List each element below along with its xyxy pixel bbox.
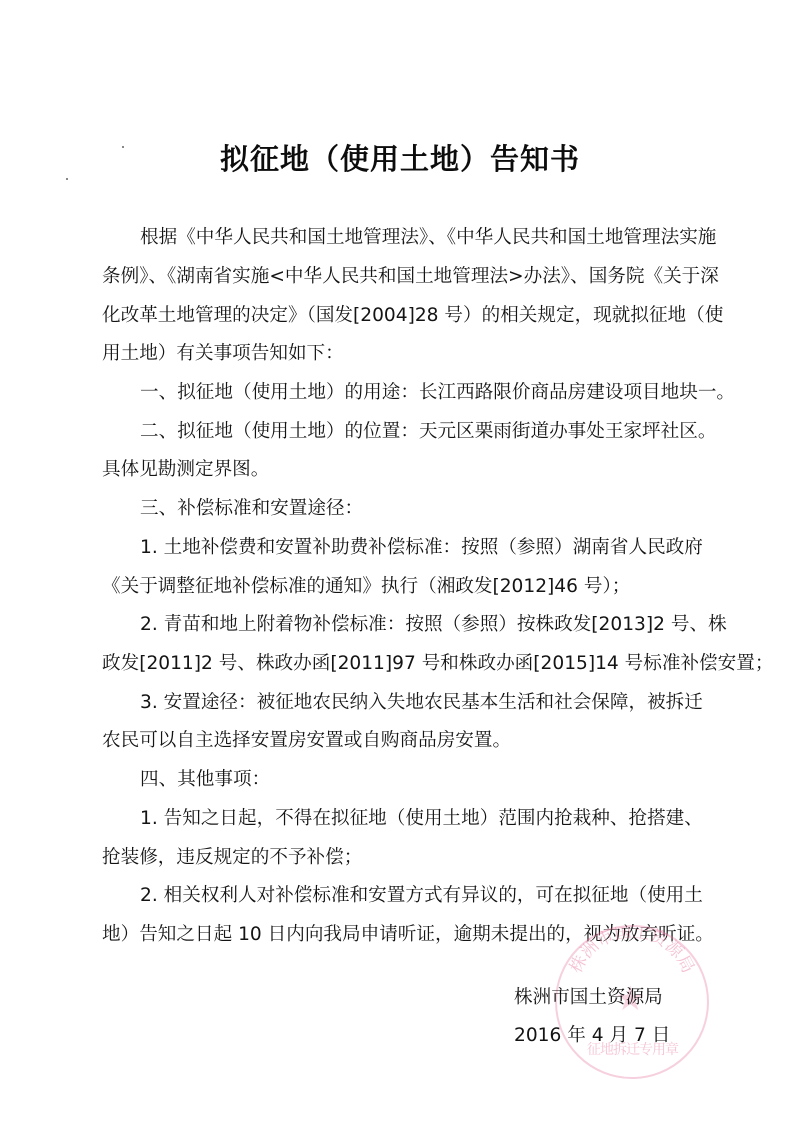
paragraph-line: 具体见勘测定界图。 <box>102 458 269 482</box>
svg-text:株洲市国土资源局: 株洲市国土资源局 <box>566 927 698 976</box>
paragraph-line: 化改革土地管理的决定》（国发[2004]28 号）的相关规定，现就拟征地（使 <box>102 304 723 328</box>
sub-item: 1. 告知之日起，不得在拟征地（使用土地）范围内抢栽种、抢搭建、 <box>140 807 703 831</box>
issuer-name: 株洲市国土资源局 <box>514 983 663 1009</box>
paragraph-line: 根据《中华人民共和国土地管理法》、《中华人民共和国土地管理法实施 <box>140 226 716 250</box>
paragraph-line: 条例》、《湖南省实施<中华人民共和国土地管理法>办法》、国务院《关于深 <box>102 265 719 289</box>
paragraph-line: 政发[2011]2 号、株政办函[2011]97 号和株政办函[2015]14 … <box>102 652 773 676</box>
sub-item: 3. 安置途径：被征地农民纳入失地农民基本生活和社会保障，被拆迁 <box>140 691 703 715</box>
section-heading: 四、其他事项： <box>140 768 270 792</box>
sub-item: 1. 土地补偿费和安置补助费补偿标准：按照（参照）湖南省人民政府 <box>140 536 703 560</box>
issue-date: 2016 年 4 月 7 日 <box>514 1021 670 1047</box>
scan-speck <box>66 178 68 180</box>
section-heading: 三、补偿标准和安置途径： <box>140 497 363 521</box>
document-title: 拟征地（使用土地）告知书 <box>0 137 800 178</box>
sub-item: 2. 相关权利人对补偿标准和安置方式有异议的，可在拟征地（使用土 <box>140 884 703 908</box>
item-usage: 一、拟征地（使用土地）的用途：长江西路限价商品房建设项目地块一。 <box>140 381 735 405</box>
paragraph-line: 农民可以自主选择安置房安置或自购商品房安置。 <box>102 729 511 753</box>
item-location: 二、拟征地（使用土地）的位置：天元区栗雨街道办事处王家坪社区。 <box>140 420 716 444</box>
paragraph-line: 抢装修，违反规定的不予补偿； <box>102 846 362 870</box>
paragraph-line: 《关于调整征地补偿标准的通知》执行（湘政发[2012]46 号）； <box>102 575 630 599</box>
sub-item: 2. 青苗和地上附着物补偿标准：按照（参照）按株政发[2013]2 号、株 <box>140 613 727 637</box>
document-page: 拟征地（使用土地）告知书 根据《中华人民共和国土地管理法》、《中华人民共和国土地… <box>0 0 800 1134</box>
paragraph-line: 用土地）有关事项告知如下： <box>102 342 344 366</box>
